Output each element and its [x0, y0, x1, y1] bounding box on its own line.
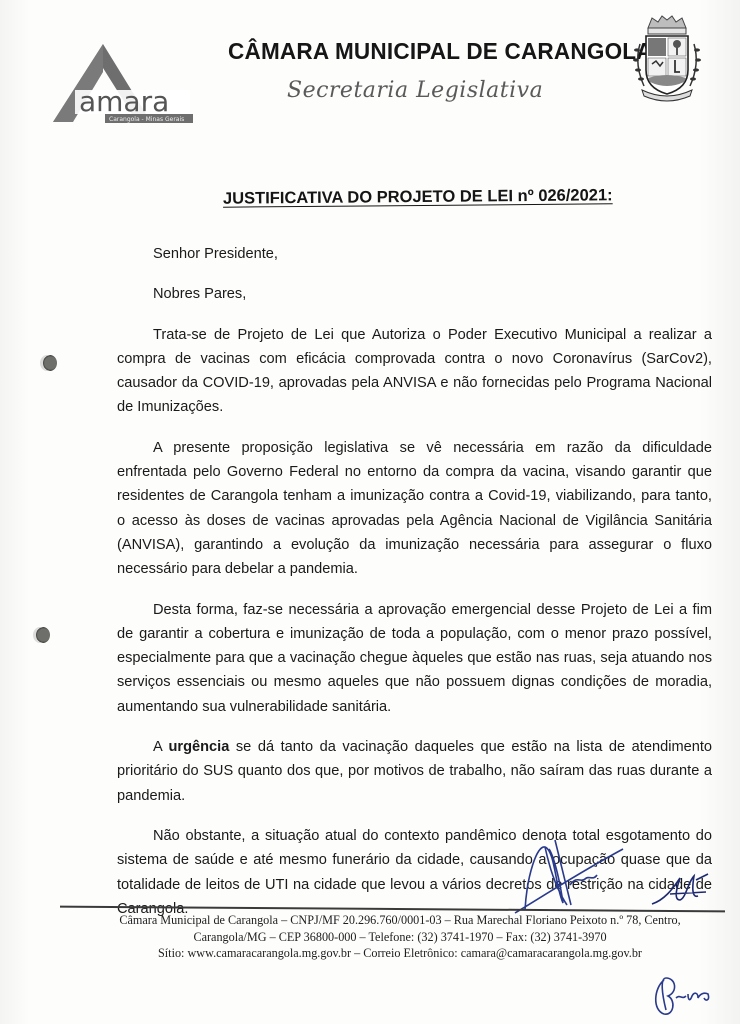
department-name: Secretaria Legislativa [287, 78, 543, 103]
paragraph-urgency: A urgência se dá tanto da vacinação daqu… [117, 735, 712, 808]
footer-line-2: Carangola/MG – CEP 36800-000 – Telefone:… [90, 929, 710, 946]
footer-line-1: Câmara Municipal de Carangola – CNPJ/MF … [90, 912, 710, 929]
document-page: amara Carangola - Minas Gerais CÂMARA MU… [0, 0, 740, 1024]
punch-hole-icon [36, 627, 50, 643]
salutation-peers: Nobres Pares, [117, 282, 712, 306]
initials-signature-icon [650, 970, 715, 1020]
document-title: JUSTIFICATIVA DO PROJETO DE LEI nº 026/2… [223, 186, 613, 208]
municipal-crest-icon [628, 14, 706, 104]
paragraph-necessity: A presente proposição legislativa se vê … [117, 436, 712, 582]
logo-tagline: Carangola - Minas Gerais [109, 116, 184, 123]
urgency-emphasis: urgência [168, 739, 229, 755]
punch-hole-icon [43, 355, 57, 371]
paragraph-approval: Desta forma, faz-se necessária a aprovaç… [117, 598, 712, 719]
signature-secondary-icon [650, 870, 720, 910]
signature-main-icon [515, 835, 625, 915]
footer-address: Câmara Municipal de Carangola – CNPJ/MF … [90, 912, 710, 962]
document-body: Senhor Presidente, Nobres Pares, Trata-s… [117, 242, 712, 937]
footer-line-3: Sítio: www.camaracarangola.mg.gov.br – C… [90, 945, 710, 962]
salutation-president: Senhor Presidente, [117, 242, 712, 266]
paragraph-purpose: Trata-se de Projeto de Lei que Autoriza … [117, 323, 712, 420]
institution-name: CÂMARA MUNICIPAL DE CARANGOLA [228, 38, 653, 65]
logo-wordmark: amara [79, 85, 169, 118]
camara-logo: amara Carangola - Minas Gerais [45, 42, 195, 126]
urgency-prefix: A [153, 739, 168, 755]
